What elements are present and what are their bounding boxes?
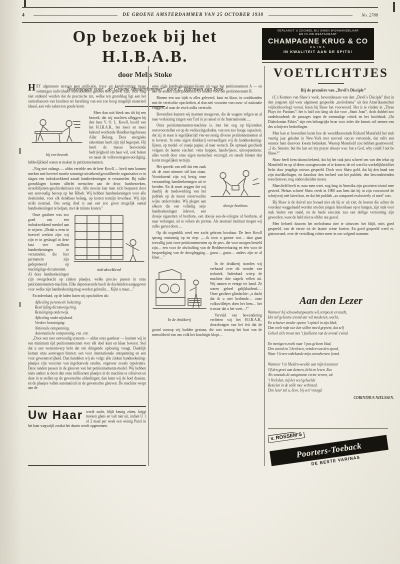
champagne-brand: CHAMPAGNE KRUG & CO <box>262 37 374 45</box>
masthead: 4 DE GROENE AMSTERDAMMER VAN 25 OCTOBER … <box>22 8 378 22</box>
page-number: 4 <box>22 12 25 18</box>
illustration-bij-een-bezoek: bij een bezoek <box>28 111 86 157</box>
caption-in-de-drukkerij: In de drukkerij <box>152 318 207 323</box>
van-rossem-ad: Poorters-Toeback v. ROSSEM’S DE BESTE VA… <box>268 432 394 472</box>
paragraph: Op dit oogenblik werd een zacht gebrom h… <box>152 230 262 260</box>
article-title: Op bezoek bij het H.I.B.A.B. <box>28 27 262 67</box>
sketch-cabinet <box>72 214 146 266</box>
paragraph: Men kan er bovendien lezen hoe de wereld… <box>268 131 394 156</box>
page-fold-shadow <box>0 0 22 564</box>
champagne-krug-ad: VERLANGT U ZOOWEL BIJ UWEN WIJNHANDELAAR… <box>262 28 374 60</box>
purol-ad-title: Uw Haar <box>28 410 83 421</box>
paragraph: Shaw heeft hem daarna bekend, dat hij he… <box>268 157 394 182</box>
purol-haar-ad: Uw Haar wordt zacht, blijft keurig zitte… <box>28 406 146 466</box>
masthead-rule-bottom <box>22 22 378 23</box>
paragraph: „Nog niet onlangs — aldus vertelde ons d… <box>28 166 146 211</box>
poem-signature: CORINTHUS NIELSSEN. <box>268 395 394 400</box>
paragraph: Mansfield heeft er, naar men weet, nog l… <box>268 184 394 199</box>
voetlichtjes-divider <box>318 83 344 84</box>
article-column-middle-text: eene zijde handteekeningen-lijsten uit v… <box>152 84 262 338</box>
voetlichtjes-header: VOETLICHTJES <box>268 66 394 86</box>
newspaper-page: 4 DE GROENE AMSTERDAMMER VAN 25 OCTOBER … <box>0 0 400 564</box>
paragraph: Binnen een uur tijds is alles geleverd, … <box>152 95 262 110</box>
issue-number: No. 2788 <box>362 13 379 18</box>
voetlichtjes-title: VOETLICHTJES <box>268 66 394 81</box>
ad-bottom-rule <box>262 62 374 63</box>
article-column-left: HET algemeene streven naar unificatie, t… <box>28 84 146 404</box>
masthead-line-right <box>269 15 353 16</box>
van-rossem-ad-content: Poorters-Toeback v. ROSSEM’S DE BESTE VA… <box>268 432 394 472</box>
paragraph-text: ET algemeene streven naar unificatie, tr… <box>28 84 146 108</box>
paragraph: Bovendien kunnen wij mannen meegeven, di… <box>152 112 262 122</box>
column-divider-1 <box>148 66 149 466</box>
paragraph: Men behoeft daarom het melodrama niet te… <box>268 221 394 236</box>
masthead-row: 4 DE GROENE AMSTERDAMMER VAN 25 OCTOBER … <box>22 8 378 22</box>
champagne-ad-content: VERLANGT U ZOOWEL BIJ UWEN WIJNHANDELAAR… <box>262 28 374 60</box>
article-column-middle: eene zijde handteekeningen-lijsten uit v… <box>152 84 262 462</box>
sketch-printing-press <box>152 263 207 316</box>
masthead-line-left <box>34 15 118 16</box>
paragraph: Onze petitionnementen-machine is, met he… <box>152 123 262 163</box>
illustration-in-de-drukkerij: In de drukkerij <box>152 263 207 323</box>
paragraph: (C.) Kenners van Shaw’s werk, bewonderaa… <box>268 95 394 130</box>
sketch-bonbons <box>209 165 262 201</box>
champagne-ad-line2: EN IN UW RESTAURANT <box>262 33 374 36</box>
scan-artifact <box>19 148 21 154</box>
voetlichtjes-subhead: Bij de première van „Devil’s Disciple” <box>268 88 394 93</box>
caption-doosje-bonbons: doosje bonbons <box>209 203 262 208</box>
article-column-left-text: HET algemeene streven naar unificatie, t… <box>28 84 146 391</box>
scan-artifact <box>19 302 21 307</box>
purol-ad-content: Uw Haar wordt zacht, blijft keurig zitte… <box>28 407 146 429</box>
aan-den-lezer-section: Aan den Lezer Wanneer hij schouwburgwaar… <box>268 296 394 426</box>
poem-line: Den lezer zal u, lieve, bij een’ vraagd. <box>268 388 394 393</box>
paragraph: HET algemeene streven naar unificatie, t… <box>28 84 146 109</box>
article-byline: door Melis Stoke <box>28 70 262 79</box>
section-rule <box>268 428 388 429</box>
illustration-doosje-bonbons: doosje bonbons <box>209 165 262 208</box>
drop-cap: H <box>28 84 36 92</box>
sketch-visit <box>28 111 86 150</box>
caption-bij-een-bezoek: bij een bezoek <box>28 152 86 157</box>
paragraph: „Door een zeer eenvoudig systeem — aldus… <box>28 336 146 391</box>
champagne-slogan: IN KWALITEIT AAN DE SPITS! <box>262 49 374 54</box>
paragraph: Bij Shaw is de duivel zoo kwaad niet als… <box>268 200 394 220</box>
voetlichtjes-column: Bij de première van „Devil’s Disciple” (… <box>268 88 394 294</box>
paragraph: En inderdaad, op de laden lazen wij opsc… <box>28 293 146 298</box>
poem: Wanneer hij schouwburgwaarts wil, tempee… <box>268 310 394 401</box>
scan-artifact <box>393 2 395 12</box>
column-divider-2 <box>264 66 265 466</box>
van-rossem-brand: v. ROSSEM’S <box>268 432 305 443</box>
aan-den-lezer-title: Aan den Lezer <box>268 296 394 307</box>
paragraph: eene zijde handteekeningen-lijsten uit v… <box>152 84 262 94</box>
department-list: Afdeeling personeele belasting. Bestrijd… <box>28 300 146 336</box>
caption-indrukwekkend: indrukwekkend <box>72 267 146 272</box>
voetlichtjes-text: Bij de première van „Devil’s Disciple” (… <box>268 88 394 236</box>
masthead-title: DE GROENE AMSTERDAMMER VAN 25 OCTOBER 19… <box>122 13 263 18</box>
illustration-indrukwekkend: indrukwekkend <box>72 214 146 273</box>
